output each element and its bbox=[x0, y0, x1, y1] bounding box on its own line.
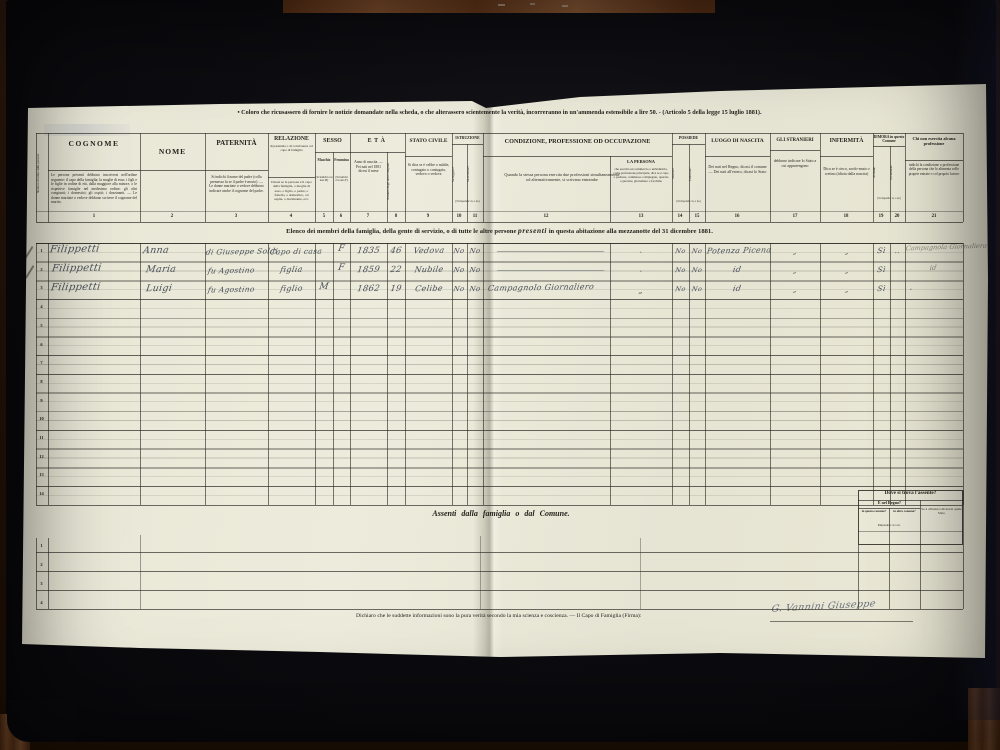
grid-line-horizontal bbox=[205, 170, 268, 171]
grid-line-vertical bbox=[140, 243, 141, 505]
row-number: 5 bbox=[36, 323, 47, 328]
col-eta-anni-label: Numero degli anni compiuti bbox=[387, 154, 405, 208]
grid-line-vertical bbox=[640, 538, 641, 609]
entry-la-persona: · bbox=[633, 267, 648, 276]
grid-line-vertical bbox=[689, 243, 690, 505]
col-sesso-title: SESSO bbox=[315, 138, 350, 145]
entry-nome: Luigi bbox=[145, 283, 173, 294]
entry-anni: 22 bbox=[386, 265, 406, 275]
grid-line-vertical bbox=[387, 243, 388, 505]
entry-sa-scrivere: No bbox=[466, 285, 483, 293]
entry-sesso: M bbox=[314, 282, 334, 292]
list-title-after: in questa abitazione alla mezzanotte del… bbox=[547, 228, 713, 235]
entry-straniero: „ bbox=[787, 267, 802, 275]
grid-line-vertical bbox=[889, 508, 890, 609]
grid-line-horizontal bbox=[36, 505, 963, 506]
col-num: 4 bbox=[281, 214, 301, 219]
col-stato-civile-title: STATO CIVILE bbox=[405, 138, 452, 144]
grid-line-vertical bbox=[483, 243, 484, 505]
grid-line-vertical bbox=[48, 243, 49, 505]
entry-infermita: „ bbox=[839, 286, 854, 294]
row-number: 12 bbox=[36, 454, 47, 459]
col-num: 6 bbox=[331, 214, 351, 219]
grid-line-vertical bbox=[770, 133, 771, 222]
col-relazione-title: RELAZIONE bbox=[268, 136, 315, 142]
grid-line-horizontal bbox=[770, 150, 820, 151]
grid-line-vertical bbox=[873, 243, 874, 505]
grid-line-horizontal bbox=[36, 609, 963, 610]
col-stato-civile-desc: Si dica se è celibe o nubile, coniugato … bbox=[407, 163, 450, 177]
col-relazione-desc: Dicesi se la persona è il capo della fam… bbox=[270, 180, 313, 201]
entry-sesso: F bbox=[332, 263, 351, 273]
grid-line-vertical bbox=[963, 490, 964, 609]
entry-straniero: „ bbox=[787, 286, 802, 294]
row-number: 2 bbox=[36, 267, 47, 272]
grid-line-vertical bbox=[405, 133, 406, 222]
grid-line-horizontal bbox=[452, 144, 483, 145]
row-number: 1 bbox=[36, 248, 47, 253]
entry-infermita: „ bbox=[839, 267, 854, 275]
list-title-highlight: presenti bbox=[518, 226, 547, 235]
mat-corner bbox=[7, 700, 77, 742]
col-sa-leggere: Sa leggere? bbox=[452, 152, 467, 196]
grid-line-vertical bbox=[905, 243, 906, 505]
col-num: 15 bbox=[687, 214, 707, 219]
col-infermita-title: INFERMITÀ bbox=[820, 138, 873, 144]
absent-row-number: 2 bbox=[36, 562, 47, 567]
row-number: 10 bbox=[36, 416, 47, 421]
col-num: 8 bbox=[386, 214, 406, 219]
entry-anni: 46 bbox=[386, 246, 406, 256]
grid-line-vertical bbox=[905, 133, 906, 222]
wood-table-edge bbox=[283, 0, 715, 13]
entry-abituale: Sì bbox=[873, 265, 889, 274]
grid-line-vertical bbox=[483, 133, 484, 222]
entry-la-persona: „ bbox=[633, 286, 648, 295]
grid-line-vertical bbox=[268, 243, 269, 505]
grid-line-vertical bbox=[315, 243, 316, 505]
grid-line-vertical bbox=[140, 535, 141, 609]
entry-nome: Maria bbox=[145, 264, 177, 276]
absent-section-title: Assenti dalla famiglia o dal Comune. bbox=[336, 509, 666, 518]
col-fabbricati: Fabbricati? bbox=[689, 152, 705, 196]
col-eta-anno-desc: Anno di nascita. — Pei nati nel 1881 dic… bbox=[352, 160, 385, 174]
grid-line-horizontal bbox=[672, 144, 705, 145]
col-eta-title: ETÀ bbox=[350, 138, 405, 145]
list-title: Elenco dei membri della famiglia, della … bbox=[36, 226, 963, 235]
col-chi-non-esercita-title: Chi non esercita alcuna professione bbox=[905, 137, 963, 147]
entry-anno: 1859 bbox=[349, 265, 388, 276]
col-stranieri-desc: debbono indicare lo Stato a cui apparten… bbox=[772, 159, 818, 169]
col-num: 13 bbox=[631, 214, 651, 219]
col-num: 17 bbox=[785, 214, 805, 219]
col-la-persona-title: LA PERSONA bbox=[612, 160, 670, 165]
col-num: 18 bbox=[836, 214, 856, 219]
wood-markings bbox=[530, 3, 535, 5]
row-number: 13 bbox=[36, 472, 47, 477]
col-cognome-title: COGNOME bbox=[48, 140, 140, 148]
penalty-warning-text: • Coloro che ricusassero di fornire le n… bbox=[36, 109, 963, 116]
grid-line-horizontal bbox=[140, 170, 205, 171]
entry-relazione: figlia bbox=[267, 265, 316, 275]
grid-line-vertical bbox=[480, 536, 481, 609]
col-condizione-title: CONDIZIONE, PROFESSIONE OD OCCUPAZIONE bbox=[485, 139, 670, 146]
absent-box-questo-comune: in questo comune? bbox=[859, 510, 889, 514]
grid-line-horizontal bbox=[705, 156, 770, 157]
grid-line-vertical bbox=[205, 133, 206, 222]
row-number: 14 bbox=[36, 491, 47, 496]
grid-line-vertical bbox=[890, 243, 891, 505]
absent-row-number: 4 bbox=[36, 600, 47, 605]
entry-stato-civile: Vedova bbox=[405, 246, 453, 256]
grid-line-vertical bbox=[672, 243, 673, 505]
row-number: 11 bbox=[36, 435, 47, 440]
grid-line-vertical bbox=[350, 133, 351, 222]
entry-professione-dash: — bbox=[491, 247, 614, 257]
col-cognome-desc: Le persone presenti debbono inscriversi … bbox=[51, 173, 137, 205]
entry-professione-dash: — bbox=[491, 266, 614, 276]
grid-line-vertical bbox=[770, 243, 771, 505]
grid-line-vertical bbox=[610, 243, 611, 505]
grid-line-vertical bbox=[963, 243, 964, 505]
col-sesso-maschio: Maschio bbox=[315, 158, 333, 162]
entry-terreni: No bbox=[671, 285, 689, 293]
absent-row-number: 3 bbox=[36, 581, 47, 586]
col-num: 3 bbox=[226, 214, 246, 219]
col-chi-non-esercita-desc: indichi la condizione o professione dell… bbox=[906, 163, 962, 176]
grid-line-horizontal bbox=[36, 211, 963, 212]
entry-paternita: fu Agostino bbox=[207, 266, 255, 276]
grid-line-horizontal bbox=[36, 590, 963, 591]
col-relazione-subtitle: di parentela o di convivenza col capo di… bbox=[269, 144, 314, 152]
grid-line-horizontal bbox=[36, 552, 963, 553]
grid-line-horizontal bbox=[315, 152, 350, 153]
col-numero-label: Numero d'ordine delle persone bbox=[37, 136, 48, 210]
grid-line-horizontal bbox=[905, 160, 963, 161]
grid-line-vertical bbox=[820, 243, 821, 505]
grid-line-vertical bbox=[672, 133, 673, 222]
col-sesso-femmina-note: (Si indichi con una F) bbox=[333, 176, 350, 183]
col-num: 12 bbox=[536, 214, 556, 219]
col-luogo-title: LUOGO DI NASCITA bbox=[705, 138, 770, 144]
row-number: 4 bbox=[36, 304, 47, 309]
grid-line-vertical bbox=[920, 500, 921, 609]
col-num: 1 bbox=[84, 214, 104, 219]
grid-line-vertical bbox=[205, 243, 206, 505]
col-nome-title: NOME bbox=[140, 148, 205, 156]
pencil-tally-mark bbox=[25, 265, 34, 279]
row-number: 9 bbox=[36, 398, 47, 403]
grid-line-vertical bbox=[140, 133, 141, 222]
row-number: 8 bbox=[36, 379, 47, 384]
col-num: 11 bbox=[465, 214, 485, 219]
grid-line-horizontal bbox=[350, 152, 405, 153]
entry-terreni: No bbox=[671, 266, 689, 274]
entry-straniero: „ bbox=[787, 248, 802, 256]
entry-fabbricati: No bbox=[688, 266, 705, 274]
census-sheet: • Coloro che ricusassero di fornire le n… bbox=[20, 80, 988, 666]
entry-anno: 1862 bbox=[349, 284, 388, 295]
col-paternita-desc: Si indichi il nome del padre (colla prem… bbox=[208, 175, 265, 193]
grid-line-horizontal bbox=[268, 177, 315, 178]
grid-line-horizontal bbox=[48, 170, 140, 171]
grid-line-vertical bbox=[405, 243, 406, 505]
absent-box-title: Dove si trova l'assente? bbox=[859, 491, 962, 497]
grid-line-horizontal bbox=[36, 571, 963, 572]
wood-markings bbox=[562, 5, 568, 7]
entry-anni: 19 bbox=[386, 284, 406, 294]
grid-line-vertical bbox=[705, 243, 706, 505]
grid-line-horizontal bbox=[873, 146, 905, 147]
grid-line-vertical bbox=[333, 243, 334, 505]
col-sesso-maschio-note: (Si indichi con una M) bbox=[315, 176, 333, 183]
grid-line-horizontal bbox=[36, 133, 963, 134]
signature-rule bbox=[770, 621, 913, 622]
grid-line-horizontal bbox=[36, 222, 963, 223]
entry-infermita: „ bbox=[839, 248, 854, 256]
entry-nome: Anna bbox=[142, 245, 170, 256]
col-num: 9 bbox=[418, 214, 438, 219]
grid-line-vertical bbox=[467, 243, 468, 505]
col-dimora-title: DIMORA in questo Comune bbox=[873, 135, 905, 143]
grid-line-horizontal bbox=[820, 156, 873, 157]
list-title-before: Elenco dei membri della famiglia, della … bbox=[286, 228, 518, 235]
declaration-text: Dichiaro che le suddette informazioni so… bbox=[356, 613, 641, 619]
photo-of-census-sheet: { "form": { "warning": "• Coloro che ric… bbox=[0, 0, 1000, 750]
grid-line-vertical bbox=[963, 133, 964, 222]
entry-luogo: Potenza Picena bbox=[706, 245, 772, 255]
entry-luogo: id bbox=[719, 265, 755, 275]
grid-line-vertical bbox=[350, 243, 351, 505]
grid-line-vertical bbox=[48, 133, 49, 222]
entry-abituale: Sì bbox=[873, 246, 889, 255]
absent-box-altro-comune: in altro comune? bbox=[890, 510, 919, 514]
grid-line-vertical bbox=[315, 133, 316, 222]
col-paternita-title: PATERNITÀ bbox=[205, 140, 268, 148]
entry-abituale: Sì bbox=[873, 284, 889, 293]
entry-fabbricati: No bbox=[688, 247, 705, 255]
absent-row-number: 1 bbox=[36, 543, 47, 548]
row-number: 6 bbox=[36, 342, 47, 347]
entry-paternita: fu Agostino bbox=[207, 285, 255, 295]
row-number: 3 bbox=[36, 285, 47, 290]
grid-line-horizontal bbox=[858, 531, 963, 532]
col-infermita-desc: Dica se è cieco, sordo-muto o cretino (i… bbox=[822, 167, 871, 177]
entry-cognome: Filippetti bbox=[50, 282, 101, 294]
col-sesso-femmina: Femmina bbox=[333, 158, 350, 162]
entry-mantenuto: id bbox=[921, 264, 945, 273]
absent-box-estero: Se è all'estero dicasi in quale Stato bbox=[921, 507, 962, 515]
col-terreni: Terreni? bbox=[672, 152, 689, 196]
grid-line-vertical bbox=[452, 243, 453, 505]
grid-line-vertical bbox=[36, 243, 37, 505]
wood-markings bbox=[498, 4, 505, 6]
head-of-family-signature: G. Vannini Giuseppe bbox=[771, 598, 877, 614]
grid-line-horizontal bbox=[405, 156, 452, 157]
entry-stato-civile: Nubile bbox=[405, 265, 453, 275]
entry-luogo: id bbox=[719, 284, 755, 294]
col-la-persona-desc: che esercita un commercio o un'industria… bbox=[613, 168, 669, 184]
col-num: 21 bbox=[924, 214, 944, 219]
entry-cognome: Filippetti bbox=[51, 263, 102, 275]
col-possiede-title: POSSIEDE bbox=[672, 136, 705, 140]
col-num: 2 bbox=[162, 214, 182, 219]
col-luogo-desc: Dei nati nel Regno, dicasi il comune — D… bbox=[708, 165, 767, 175]
entry-professione: Campagnolo Giornaliero bbox=[487, 282, 595, 293]
col-num: 7 bbox=[358, 214, 378, 219]
grid-line-horizontal bbox=[483, 156, 672, 157]
col-occasionale: Occasionale bbox=[890, 152, 905, 194]
entry-sa-scrivere: No bbox=[466, 266, 483, 274]
entry-sesso: F bbox=[332, 244, 351, 254]
entry-cognome: Filippetti bbox=[49, 244, 100, 256]
col-stranieri-title: GLI STRANIERI bbox=[770, 138, 820, 143]
grid-line-horizontal bbox=[36, 243, 963, 244]
entry-stato-civile: Celibe bbox=[405, 284, 453, 294]
col-sa-scrivere: Sa scrivere? bbox=[467, 152, 483, 196]
entry-la-persona: · bbox=[633, 248, 648, 257]
entry-fabbricati: No bbox=[688, 285, 705, 293]
entry-occasionale: .. bbox=[889, 247, 905, 255]
col-num: 16 bbox=[727, 214, 747, 219]
grid-line-horizontal bbox=[858, 500, 963, 501]
grid-line-vertical bbox=[452, 133, 453, 222]
grid-line-horizontal bbox=[858, 508, 920, 509]
grid-line-vertical bbox=[36, 538, 37, 609]
grid-line-vertical bbox=[36, 133, 37, 222]
entry-sa-scrivere: No bbox=[466, 247, 483, 255]
grid-line-vertical bbox=[858, 545, 859, 609]
grid-line-vertical bbox=[705, 133, 706, 222]
col-istruzione-title: ISTRUZIONE bbox=[451, 136, 484, 140]
col-dimora-note: (Si risponda: sì, o no) bbox=[873, 197, 905, 200]
entry-anno: 1835 bbox=[349, 246, 388, 257]
entry-terreni: No bbox=[671, 247, 689, 255]
col-condizione-desc: Quando la stessa persona esercita due pr… bbox=[502, 172, 622, 182]
faint-stamp bbox=[44, 124, 130, 136]
entry-relazione: figlio bbox=[267, 284, 316, 294]
col-abituale: Abituale bbox=[873, 152, 890, 194]
row-number: 7 bbox=[36, 360, 47, 365]
grid-line-vertical bbox=[48, 538, 49, 609]
grid-line-vertical bbox=[820, 133, 821, 222]
table-row-rules bbox=[36, 243, 963, 505]
grid-line-vertical bbox=[610, 156, 611, 222]
